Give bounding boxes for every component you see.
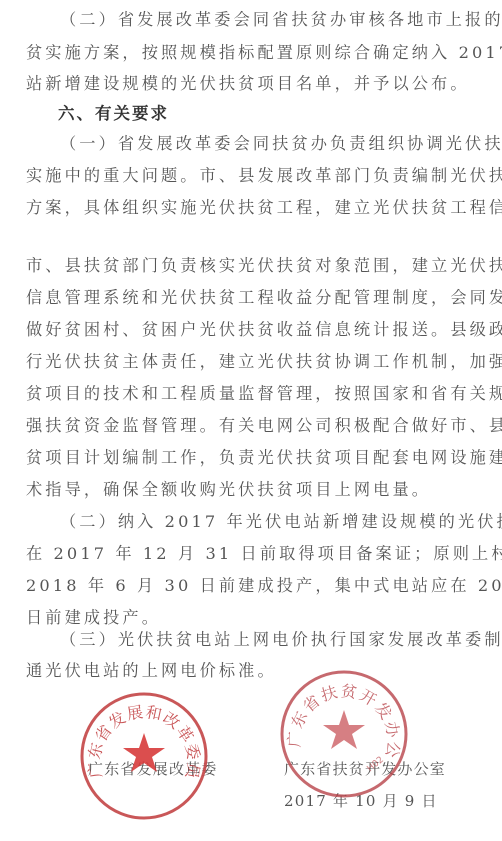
text-line: （三）光伏扶贫电站上网电价执行国家发展改革委制定的普: [60, 630, 500, 650]
text-line: 贫项目计划编制工作，负责光伏扶贫项目配套电网设施建设和技: [26, 448, 466, 468]
text-line: 2018 年 6 月 30 日前建成投产，集中式电站应在 2018 年 12 月…: [26, 576, 466, 596]
text-line: 方案，具体组织实施光伏扶贫工程，建立光伏扶贫工程信息系统；: [26, 198, 466, 218]
official-seal-left-icon: 广东省发展和改革委员会: [78, 690, 210, 822]
text-line: 做好贫困村、贫困户光伏扶贫收益信息统计报送。县级政府要履: [26, 320, 466, 340]
svg-text:广东省发展和改革委员会: 广东省发展和改革委员会: [78, 690, 204, 781]
text-line: 实施中的重大问题。市、县发展改革部门负责编制光伏扶贫实施: [26, 166, 466, 186]
text-line: 日前建成投产。: [26, 608, 466, 628]
text-line: 贫实施方案，按照规模指标配置原则综合确定纳入 2017 年光伏电: [26, 43, 466, 63]
text-line: （二）纳入 2017 年光伏电站新增建设规模的光伏扶贫项目应: [60, 512, 500, 532]
text-line: 信息管理系统和光伏扶贫工程收益分配管理制度，会同发改部门: [26, 288, 466, 308]
text-line: 贫项目的技术和工程质量监督管理，按照国家和省有关规定，加: [26, 384, 466, 404]
official-seal-right-icon: 广东省扶贫开发办公室 H02: [278, 668, 410, 800]
text-line: 市、县扶贫部门负责核实光伏扶贫对象范围，建立光伏扶贫人口: [26, 256, 466, 276]
section-heading: 六、有关要求: [58, 104, 169, 124]
text-line: （一）省发展改革委会同扶贫办负责组织协调光伏扶贫政策: [60, 134, 500, 154]
svg-text:广东省扶贫开发办公室: 广东省扶贫开发办公室: [278, 668, 404, 761]
text-line: 在 2017 年 12 月 31 日前取得项目备案证；原则上村级电站应在: [26, 544, 466, 564]
text-line: 术指导，确保全额收购光伏扶贫项目上网电量。: [26, 480, 466, 500]
text-line: 强扶贫资金监督管理。有关电网公司积极配合做好市、县光伏扶: [26, 416, 466, 436]
document-page: （二）省发展改革委会同省扶贫办审核各地市上报的光伏扶 贫实施方案，按照规模指标配…: [0, 0, 502, 841]
svg-text:H02: H02: [366, 755, 386, 774]
text-line: 行光伏扶贫主体责任，建立光伏扶贫协调工作机制，加强光伏扶: [26, 352, 466, 372]
text-line: （二）省发展改革委会同省扶贫办审核各地市上报的光伏扶: [60, 10, 500, 30]
text-line: 站新增建设规模的光伏扶贫项目名单，并予以公布。: [26, 74, 466, 94]
